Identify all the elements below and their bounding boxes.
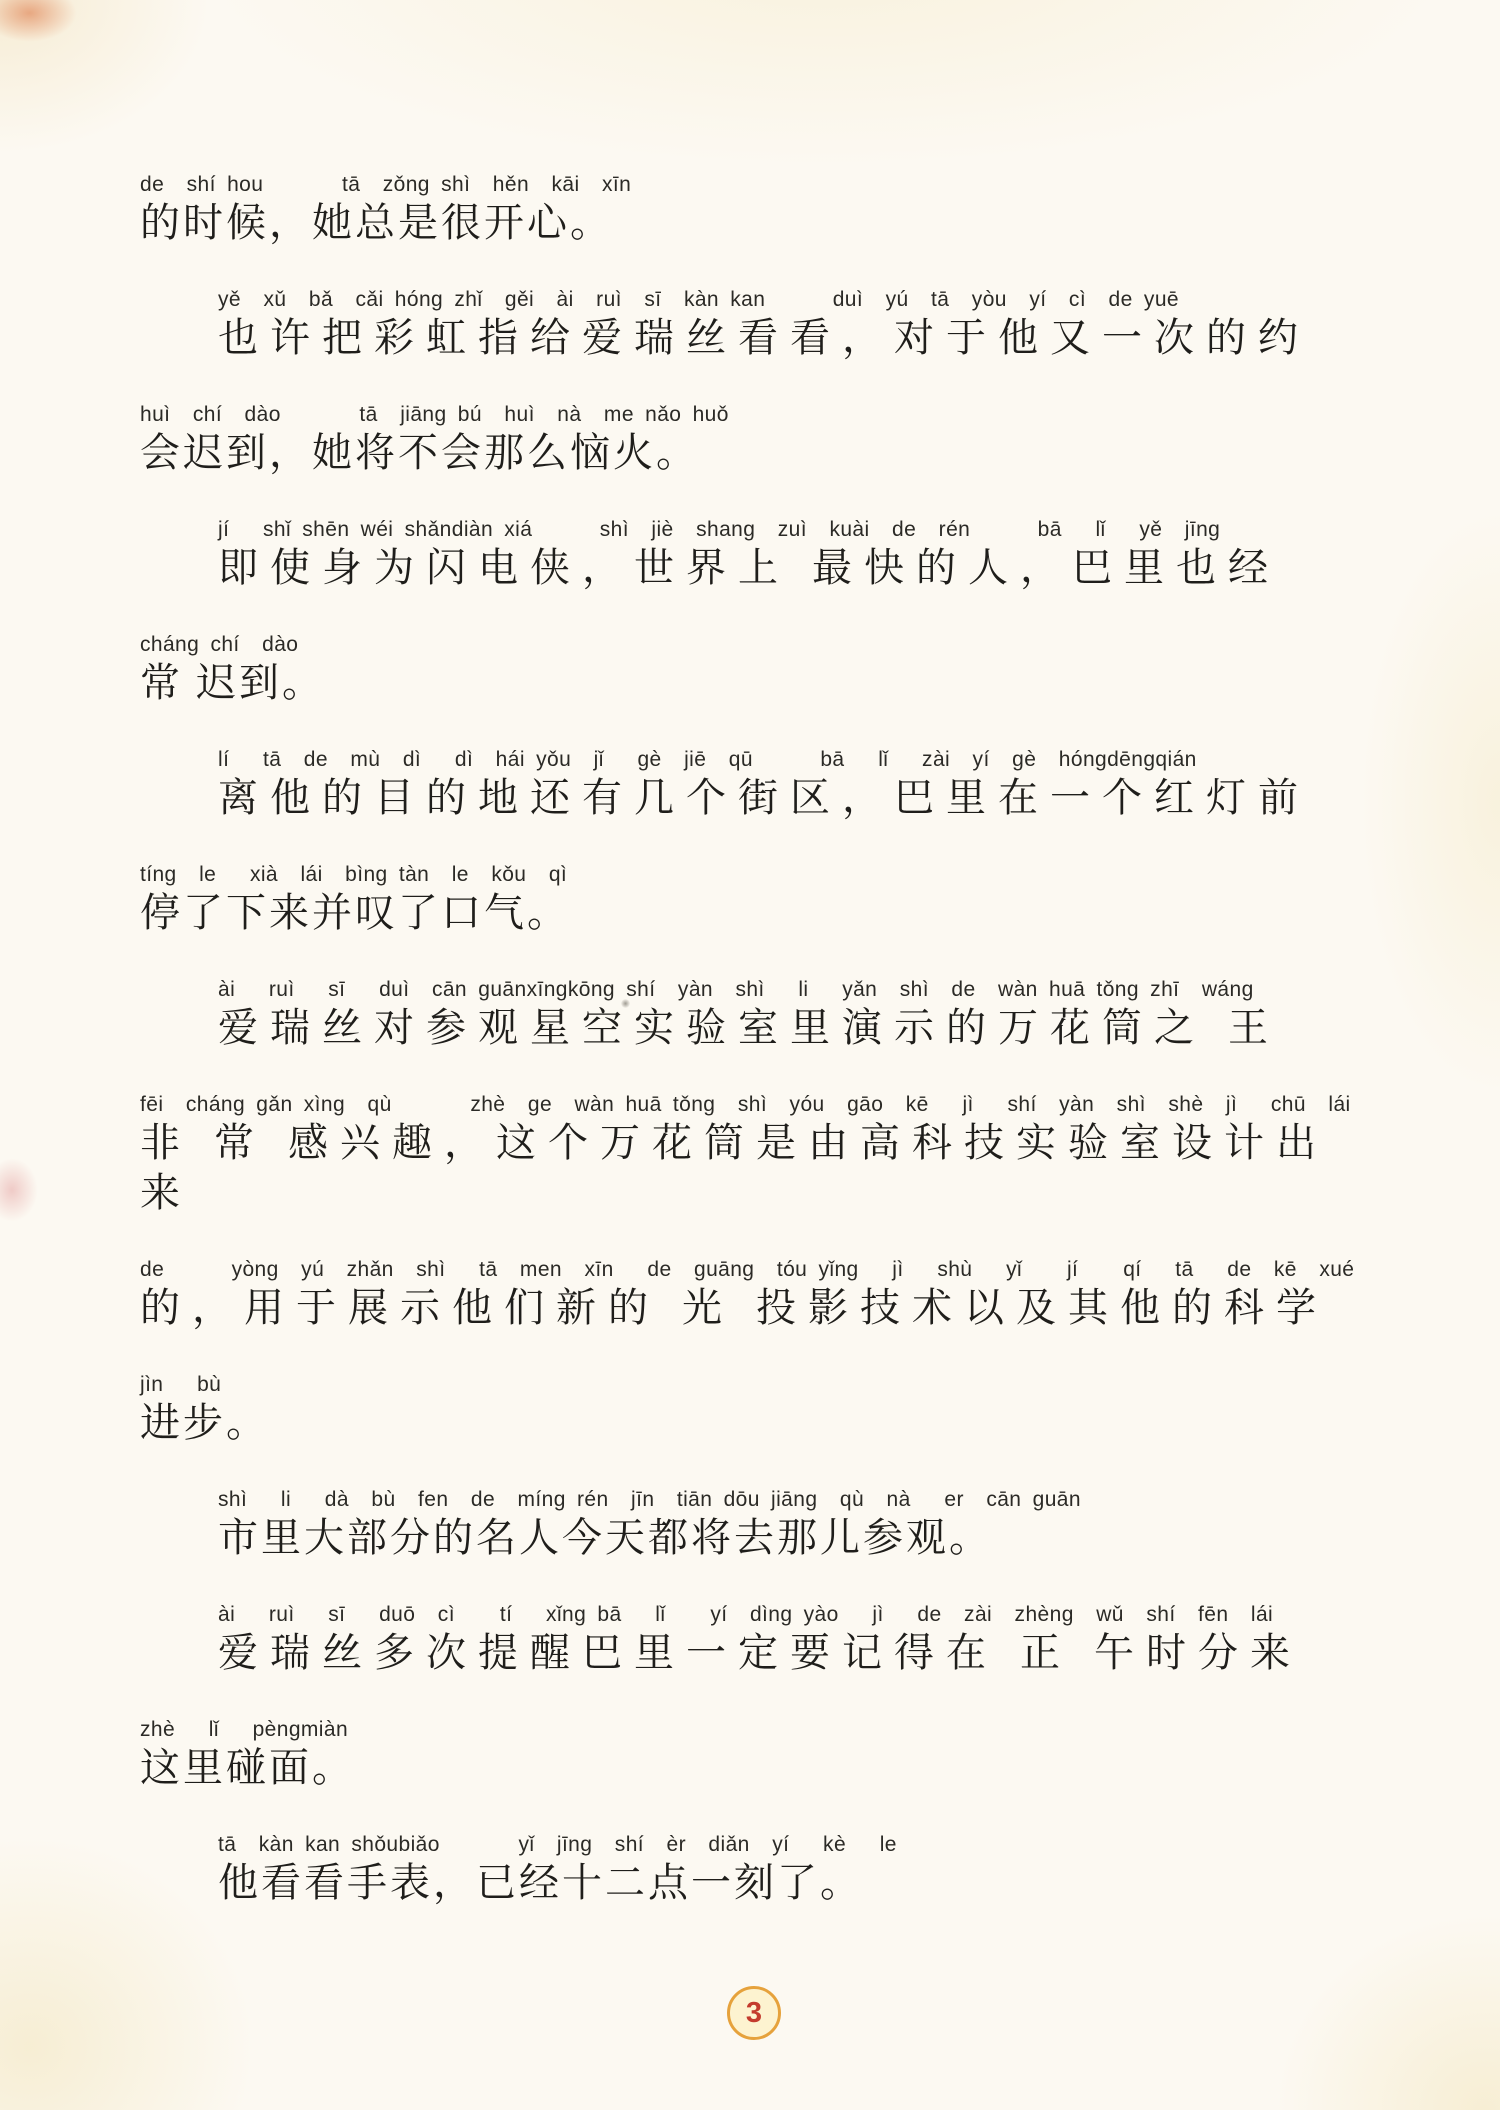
text-line: tā kàn kan shǒubiǎo yǐ jīng shí èr diǎn … xyxy=(140,1832,1364,1908)
pinyin-line: jìn bù xyxy=(140,1372,1364,1398)
text-line: shì li dà bù fen de míng rén jīn tiān dō… xyxy=(140,1487,1364,1563)
page-number: 3 xyxy=(746,1997,762,2030)
hanzi-line: 即使身为闪电侠，世界上 最快的人，巴里也经 xyxy=(218,543,1364,593)
hanzi-line: 也许把彩虹指给爱瑞丝看看，对于他又一次的约 xyxy=(218,313,1364,363)
text-line: jìn bù 进步。 xyxy=(140,1372,1364,1448)
text-line: cháng chí dào 常 迟到。 xyxy=(140,632,1364,708)
hanzi-line: 的，用于展示他们新的 光 投影技术以及其他的科学 xyxy=(140,1283,1364,1333)
pinyin-line: de shí hou tā zǒng shì hěn kāi xīn xyxy=(140,172,1364,198)
text-line: lí tā de mù dì dì hái yǒu jǐ gè jiē qū b… xyxy=(140,747,1364,823)
pinyin-line: yě xǔ bǎ cǎi hóng zhǐ gěi ài ruì sī kàn … xyxy=(218,287,1364,313)
pinyin-line: de yòng yú zhǎn shì tā men xīn de guāng … xyxy=(140,1257,1364,1283)
pinyin-line: tíng le xià lái bìng tàn le kǒu qì xyxy=(140,862,1364,888)
book-page: de shí hou tā zǒng shì hěn kāi xīn 的时候，她… xyxy=(0,0,1500,2110)
pinyin-line: shì li dà bù fen de míng rén jīn tiān dō… xyxy=(218,1487,1364,1513)
hanzi-line: 这里碰面。 xyxy=(140,1743,1364,1793)
text-line: ài ruì sī duō cì tí xǐng bā lǐ yí dìng y… xyxy=(140,1602,1364,1678)
pinyin-line: ài ruì sī duō cì tí xǐng bā lǐ yí dìng y… xyxy=(218,1602,1364,1628)
hanzi-line: 爱瑞丝多次提醒巴里一定要记得在 正 午时分来 xyxy=(218,1628,1364,1678)
hanzi-line: 进步。 xyxy=(140,1398,1364,1448)
text-line: yě xǔ bǎ cǎi hóng zhǐ gěi ài ruì sī kàn … xyxy=(140,287,1364,363)
text-line: ài ruì sī duì cān guānxīngkōng shí yàn s… xyxy=(140,977,1364,1053)
pinyin-line: huì chí dào tā jiāng bú huì nà me nǎo hu… xyxy=(140,402,1364,428)
pinyin-line: jí shǐ shēn wéi shǎndiàn xiá shì jiè sha… xyxy=(218,517,1364,543)
pinyin-line: fēi cháng gǎn xìng qù zhè ge wàn huā tǒn… xyxy=(140,1092,1364,1118)
hanzi-line: 他看看手表，已经十二点一刻了。 xyxy=(218,1858,1364,1908)
hanzi-line: 停了下来并叹了口气。 xyxy=(140,888,1364,938)
hanzi-line: 非 常 感兴趣，这个万花筒是由高科技实验室设计出来 xyxy=(140,1118,1364,1218)
text-line: de yòng yú zhǎn shì tā men xīn de guāng … xyxy=(140,1257,1364,1333)
hanzi-line: 会迟到，她将不会那么恼火。 xyxy=(140,428,1364,478)
text-line: jí shǐ shēn wéi shǎndiàn xiá shì jiè sha… xyxy=(140,517,1364,593)
pinyin-line: cháng chí dào xyxy=(140,632,1364,658)
hanzi-line: 的时候，她总是很开心。 xyxy=(140,198,1364,248)
text-line: de shí hou tā zǒng shì hěn kāi xīn 的时候，她… xyxy=(140,172,1364,248)
text-block: de shí hou tā zǒng shì hěn kāi xīn 的时候，她… xyxy=(140,172,1364,1947)
text-line: zhè lǐ pèngmiàn 这里碰面。 xyxy=(140,1717,1364,1793)
pinyin-line: tā kàn kan shǒubiǎo yǐ jīng shí èr diǎn … xyxy=(218,1832,1364,1858)
hanzi-line: 爱瑞丝对参观星空实验室里演示的万花筒之 王 xyxy=(218,1003,1364,1053)
text-line: huì chí dào tā jiāng bú huì nà me nǎo hu… xyxy=(140,402,1364,478)
hanzi-line: 市里大部分的名人今天都将去那儿参观。 xyxy=(218,1513,1364,1563)
pinyin-line: lí tā de mù dì dì hái yǒu jǐ gè jiē qū b… xyxy=(218,747,1364,773)
hanzi-line: 离他的目的地还有几个街区，巴里在一个红灯前 xyxy=(218,773,1364,823)
pinyin-line: ài ruì sī duì cān guānxīngkōng shí yàn s… xyxy=(218,977,1364,1003)
text-line: fēi cháng gǎn xìng qù zhè ge wàn huā tǒn… xyxy=(140,1092,1364,1218)
hanzi-line: 常 迟到。 xyxy=(140,658,1364,708)
paper-stain-left-edge xyxy=(0,1158,38,1222)
text-line: tíng le xià lái bìng tàn le kǒu qì 停了下来并… xyxy=(140,862,1364,938)
pinyin-line: zhè lǐ pèngmiàn xyxy=(140,1717,1364,1743)
paper-stain-top-left xyxy=(0,0,77,42)
page-number-badge: 3 xyxy=(727,1986,781,2040)
